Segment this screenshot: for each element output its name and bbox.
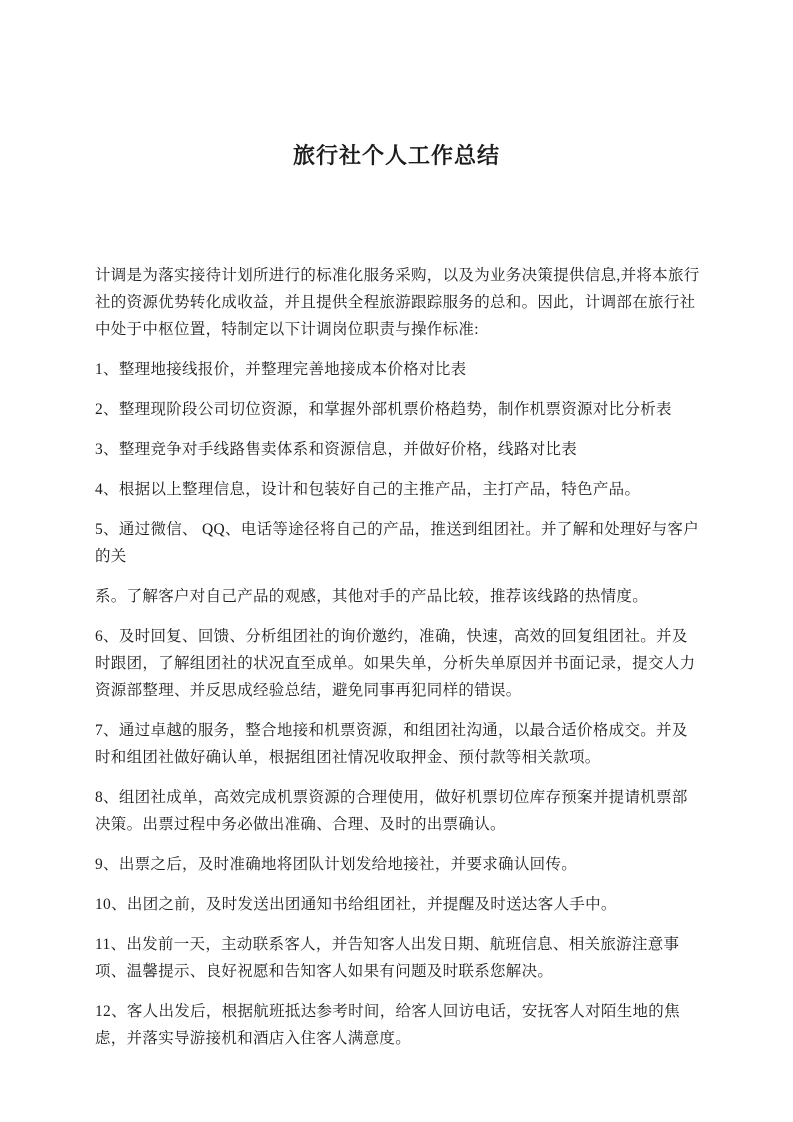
- paragraph: 3、整理竞争对手线路售卖体系和资源信息，并做好价格，线路对比表: [95, 436, 700, 463]
- paragraph: 5、通过微信、 QQ、电话等途径将自己的产品，推送到组团社。并了解和处理好与客户…: [95, 516, 700, 570]
- document-body: 计调是为落实接待计划所进行的标准化服务采购，以及为业务决策提供信息,并将本旅行社…: [95, 262, 700, 1052]
- paragraph: 11、出发前一天，主动联系客人，并告知客人出发日期、航班信息、相关旅游注意事项、…: [95, 931, 700, 985]
- paragraph: 10、出团之前，及时发送出团通知书给组团社，并提醒及时送达客人手中。: [95, 891, 700, 918]
- document-title: 旅行社个人工作总结: [0, 0, 793, 171]
- paragraph: 计调是为落实接待计划所进行的标准化服务采购，以及为业务决策提供信息,并将本旅行社…: [95, 262, 700, 343]
- paragraph: 系。了解客户对自己产品的观感，其他对手的产品比较，推荐该线路的热情度。: [95, 583, 700, 610]
- document-page: 旅行社个人工作总结 计调是为落实接待计划所进行的标准化服务采购，以及为业务决策提…: [0, 0, 793, 1122]
- paragraph: 1、整理地接线报价，并整理完善地接成本价格对比表: [95, 356, 700, 383]
- paragraph: 6、及时回复、回馈、分析组团社的询价邀约，准确，快速，高效的回复组团社。并及时跟…: [95, 623, 700, 704]
- paragraph: 2、整理现阶段公司切位资源，和掌握外部机票价格趋势，制作机票资源对比分析表: [95, 396, 700, 423]
- paragraph: 8、组团社成单，高效完成机票资源的合理使用，做好机票切位库存预案并提请机票部决策…: [95, 784, 700, 838]
- paragraph: 4、根据以上整理信息，设计和包装好自己的主推产品，主打产品，特色产品。: [95, 476, 700, 503]
- paragraph: 12、客人出发后，根据航班抵达参考时间，给客人回访电话，安抚客人对陌生地的焦虑，…: [95, 998, 700, 1052]
- paragraph: 7、通过卓越的服务，整合地接和机票资源，和组团社沟通，以最合适价格成交。并及时和…: [95, 717, 700, 771]
- paragraph: 9、出票之后，及时准确地将团队计划发给地接社，并要求确认回传。: [95, 851, 700, 878]
